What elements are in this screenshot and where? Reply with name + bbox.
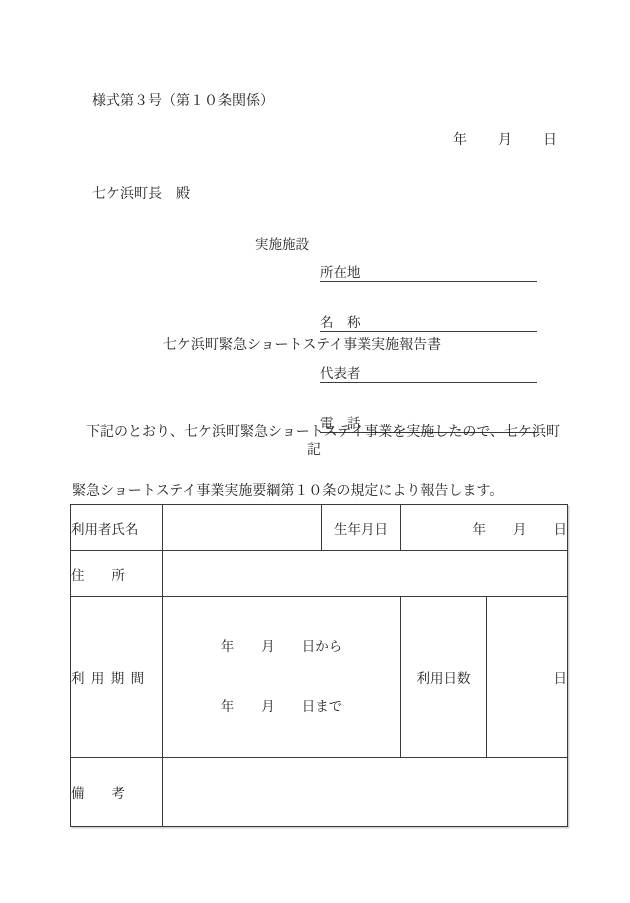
user-name-label: 利用者氏名 [71, 505, 163, 551]
addressee-line: 七ケ浜町長 殿 [92, 183, 190, 203]
table-row-remarks: 備 考 [71, 758, 568, 827]
form-number: 様式第３号（第１０条関係） [92, 90, 274, 110]
record-marker: 記 [72, 439, 556, 459]
date-placeholder: 年 月 日 [453, 129, 558, 149]
facility-field-representative-label: 代表者 [320, 366, 361, 382]
user-name-value-cell [163, 505, 322, 551]
address-label: 住 所 [71, 551, 163, 597]
report-form-page: 様式第３号（第１０条関係） 年 月 日 七ケ浜町長 殿 実施施設 所在地 名 称… [0, 0, 630, 903]
report-table: 利用者氏名 生年月日 年 月 日 住 所 利 用 期 間 年 月 日から 年 月… [70, 472, 568, 859]
usage-days-value-cell: 日 [487, 597, 568, 758]
remarks-value-cell [163, 758, 568, 827]
remarks-label: 備 考 [71, 758, 163, 827]
facility-field-location-label: 所在地 [320, 265, 361, 281]
birth-date-label: 生年月日 [322, 505, 401, 551]
table-row-user: 利用者氏名 生年月日 年 月 日 [71, 505, 568, 551]
address-value-cell [163, 551, 568, 597]
facility-field-location: 所在地 [320, 263, 537, 282]
usage-period-from: 年 月 日から [163, 637, 400, 657]
facility-field-representative: 代表者 [320, 364, 537, 383]
facility-caption: 実施施設 [255, 233, 309, 253]
table-row-address: 住 所 [71, 551, 568, 597]
document-title: 七ケ浜町緊急ショートステイ事業実施報告書 [72, 334, 532, 354]
birth-date-value-cell: 年 月 日 [401, 505, 568, 551]
table-row-period: 利 用 期 間 年 月 日から 年 月 日まで 利用日数 日 [71, 597, 568, 758]
usage-days-label: 利用日数 [401, 597, 487, 758]
usage-period-to: 年 月 日まで [163, 697, 400, 717]
facility-field-name: 名 称 [320, 314, 537, 333]
usage-period-label: 利 用 期 間 [71, 597, 163, 758]
facility-field-name-label: 名 称 [320, 315, 361, 331]
usage-period-value-cell: 年 月 日から 年 月 日まで [163, 597, 401, 758]
